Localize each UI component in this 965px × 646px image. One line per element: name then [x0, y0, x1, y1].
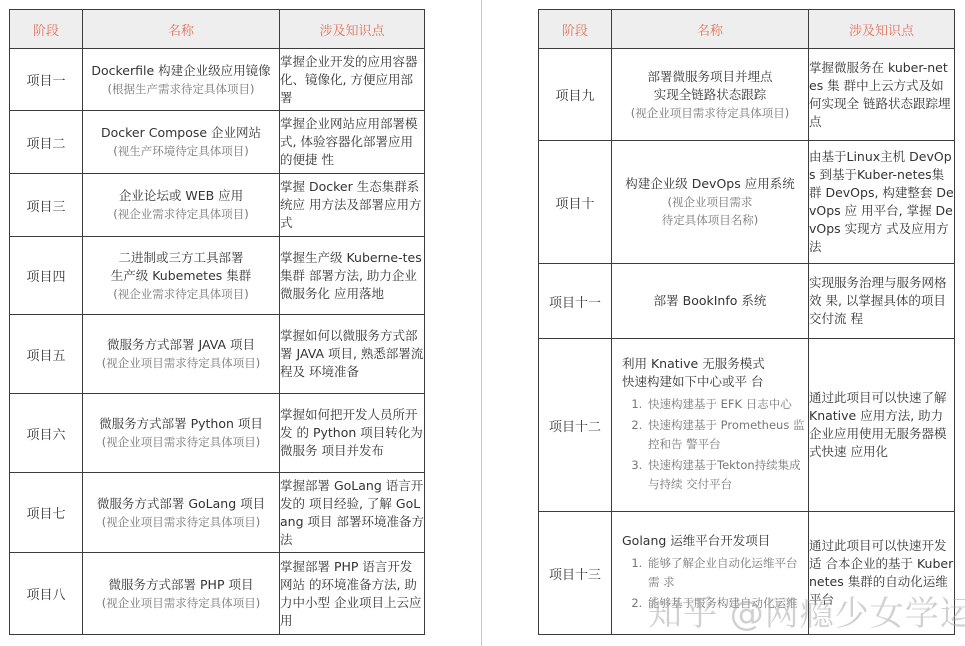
header-name: 名称: [83, 10, 280, 49]
stage-cell: 项目八: [10, 553, 83, 635]
table-row: 项目三 企业论坛或 WEB 应用 (视企业需求待定具体项目) 掌握 Docker…: [10, 174, 425, 237]
table-row: 项目十一 部署 BookInfo 系统 实现服务治理与服务网格效 果, 以掌握具…: [539, 264, 955, 339]
name-cell: Golang 运维平台开发项目 能够了解企业自动化运维平台需 求 能够基于服务构…: [612, 512, 809, 635]
table-row: 项目六 微服务方式部署 Python 项目 (视企业项目需求待定具体项目) 掌握…: [10, 394, 425, 473]
stage-cell: 项目二: [10, 111, 83, 174]
table-row: 项目七 微服务方式部署 GoLang 项目 (视企业项目需求待定具体项目) 掌握…: [10, 473, 425, 553]
project-note: (视企业项目需求待定具体项目): [83, 354, 279, 372]
knowledge-cell: 掌握生产级 Kuberne-tes 集群 部署方法, 助力企业微服务化 应用落地: [280, 237, 425, 315]
stage-cell: 项目七: [10, 473, 83, 553]
name-cell: 微服务方式部署 PHP 项目 (视企业项目需求待定具体项目): [83, 553, 280, 635]
name-cell: Dockerfile 构建企业级应用镜像 (根据生产需求待定具体项目): [83, 49, 280, 111]
deliverable-list: 能够了解企业自动化运维平台需 求 能够基于服务构建自动化运维: [622, 554, 808, 613]
project-note-line2: 待定具体项目名称): [612, 211, 808, 229]
list-item: 能够基于服务构建自动化运维: [646, 594, 808, 613]
table-row: 项目一 Dockerfile 构建企业级应用镜像 (根据生产需求待定具体项目) …: [10, 49, 425, 111]
page-divider: [481, 0, 482, 646]
project-name: 企业论坛或 WEB 应用: [83, 187, 279, 205]
project-name: 部署 BookInfo 系统: [612, 292, 808, 310]
stage-cell: 项目十三: [539, 512, 612, 635]
knowledge-cell: 掌握如何把开发人员所开发 的 Python 项目转化为微服务 项目并发布: [280, 394, 425, 473]
knowledge-cell: 掌握企业开发的应用容器化、镜像化, 方便应用部署: [280, 49, 425, 111]
project-table-right: 阶段 名称 涉及知识点 项目九 部署微服务项目并埋点 实现全链路状态跟踪 (视企…: [538, 9, 955, 635]
name-cell: Docker Compose 企业网站 (视生产环境待定具体项目): [83, 111, 280, 174]
project-note: (视企业项目需求: [612, 193, 808, 211]
stage-cell: 项目一: [10, 49, 83, 111]
stage-cell: 项目九: [539, 49, 612, 141]
knowledge-cell: 通过此项目可以快速开发适 合本企业的基于 Kubernetes 集群的自动化运维…: [809, 512, 955, 635]
project-name: 利用 Knative 无服务模式: [622, 355, 808, 373]
name-cell: 二进制或三方工具部署 生产级 Kubemetes 集群 (视企业需求待定具体项目…: [83, 237, 280, 315]
stage-cell: 项目十二: [539, 339, 612, 512]
name-cell: 微服务方式部署 GoLang 项目 (视企业项目需求待定具体项目): [83, 473, 280, 553]
name-cell: 部署微服务项目并埋点 实现全链路状态跟踪 (视企业项目需求待定具体项目): [612, 49, 809, 141]
stage-cell: 项目十: [539, 141, 612, 264]
list-item: 快速构建基于Tekton持续集成与持续 交付平台: [646, 456, 808, 494]
header-name: 名称: [612, 10, 809, 49]
table-row: 项目十 构建企业级 DevOps 应用系统 (视企业项目需求 待定具体项目名称)…: [539, 141, 955, 264]
project-name: 部署微服务项目并埋点: [612, 68, 808, 86]
project-name: 构建企业级 DevOps 应用系统: [612, 175, 808, 193]
table-row: 项目十二 利用 Knative 无服务模式 快速构建如下中心或平 台 快速构建基…: [539, 339, 955, 512]
table-row: 项目十三 Golang 运维平台开发项目 能够了解企业自动化运维平台需 求 能够…: [539, 512, 955, 635]
project-table-left: 阶段 名称 涉及知识点 项目一 Dockerfile 构建企业级应用镜像 (根据…: [9, 9, 425, 635]
table-row: 项目九 部署微服务项目并埋点 实现全链路状态跟踪 (视企业项目需求待定具体项目)…: [539, 49, 955, 141]
header-stage: 阶段: [539, 10, 612, 49]
table-header-row: 阶段 名称 涉及知识点: [10, 10, 425, 49]
project-note: (视企业需求待定具体项目): [83, 205, 279, 223]
header-knowledge: 涉及知识点: [809, 10, 955, 49]
stage-cell: 项目十一: [539, 264, 612, 339]
knowledge-cell: 掌握微服务在 kuber-netes 集 群中上云方式及如何实现全 链路状态跟踪…: [809, 49, 955, 141]
project-name-line2: 生产级 Kubemetes 集群: [83, 267, 279, 285]
table-row: 项目二 Docker Compose 企业网站 (视生产环境待定具体项目) 掌握…: [10, 111, 425, 174]
project-name: Golang 运维平台开发项目: [622, 532, 808, 550]
list-item: 快速构建基于 EFK 日志中心: [646, 395, 808, 414]
table-header-row: 阶段 名称 涉及知识点: [539, 10, 955, 49]
list-item: 能够了解企业自动化运维平台需 求: [646, 554, 808, 592]
project-name: 二进制或三方工具部署: [83, 249, 279, 267]
stage-cell: 项目五: [10, 315, 83, 394]
table-row: 项目四 二进制或三方工具部署 生产级 Kubemetes 集群 (视企业需求待定…: [10, 237, 425, 315]
project-note: (视企业需求待定具体项目): [83, 285, 279, 303]
header-stage: 阶段: [10, 10, 83, 49]
name-cell: 部署 BookInfo 系统: [612, 264, 809, 339]
project-name-line2: 实现全链路状态跟踪: [612, 86, 808, 104]
knowledge-cell: 掌握部署 PHP 语言开发网站 的环境准备方法, 助力中小型 企业项目上云应用: [280, 553, 425, 635]
name-cell: 利用 Knative 无服务模式 快速构建如下中心或平 台 快速构建基于 EFK…: [612, 339, 809, 512]
deliverable-list: 快速构建基于 EFK 日志中心 快速构建基于 Prometheus 监控和告 警…: [622, 395, 808, 494]
project-name: Dockerfile 构建企业级应用镜像: [83, 62, 279, 80]
table-row: 项目五 微服务方式部署 JAVA 项目 (视企业项目需求待定具体项目) 掌握如何…: [10, 315, 425, 394]
name-cell: 企业论坛或 WEB 应用 (视企业需求待定具体项目): [83, 174, 280, 237]
project-name: 微服务方式部署 GoLang 项目: [83, 495, 279, 513]
list-item: 快速构建基于 Prometheus 监控和告 警平台: [646, 416, 808, 454]
table-row: 项目八 微服务方式部署 PHP 项目 (视企业项目需求待定具体项目) 掌握部署 …: [10, 553, 425, 635]
knowledge-cell: 掌握如何以微服务方式部署 JAVA 项目, 熟悉部署流程及 环境准备: [280, 315, 425, 394]
knowledge-cell: 掌握 Docker 生态集群系统应 用方法及部署应用方式: [280, 174, 425, 237]
name-cell: 构建企业级 DevOps 应用系统 (视企业项目需求 待定具体项目名称): [612, 141, 809, 264]
stage-cell: 项目三: [10, 174, 83, 237]
stage-cell: 项目六: [10, 394, 83, 473]
project-note: (视企业项目需求待定具体项目): [83, 513, 279, 531]
project-note: (根据生产需求待定具体项目): [83, 80, 279, 98]
knowledge-cell: 由基于Linux主机 DevOps 到基于Kuber-netes集群 DevOp…: [809, 141, 955, 264]
knowledge-cell: 实现服务治理与服务网格效 果, 以掌握具体的项目交付流 程: [809, 264, 955, 339]
project-name: Docker Compose 企业网站: [83, 124, 279, 142]
stage-cell: 项目四: [10, 237, 83, 315]
project-name: 微服务方式部署 Python 项目: [83, 415, 279, 433]
knowledge-cell: 通过此项目可以快速了解 Knative 应用方法, 助力企业应用使用无服务器模式…: [809, 339, 955, 512]
project-name: 微服务方式部署 JAVA 项目: [83, 336, 279, 354]
name-cell: 微服务方式部署 JAVA 项目 (视企业项目需求待定具体项目): [83, 315, 280, 394]
project-note: (视生产环境待定具体项目): [83, 142, 279, 160]
project-note: (视企业项目需求待定具体项目): [612, 104, 808, 122]
project-note: (视企业项目需求待定具体项目): [83, 433, 279, 451]
knowledge-cell: 掌握企业网站应用部署模式, 体验容器化部署应用的便捷 性: [280, 111, 425, 174]
project-name: 微服务方式部署 PHP 项目: [83, 576, 279, 594]
project-name-line2: 快速构建如下中心或平 台: [622, 373, 808, 391]
name-cell: 微服务方式部署 Python 项目 (视企业项目需求待定具体项目): [83, 394, 280, 473]
header-knowledge: 涉及知识点: [280, 10, 425, 49]
project-note: (视企业项目需求待定具体项目): [83, 594, 279, 612]
knowledge-cell: 掌握部署 GoLang 语言开发的 项目经验, 了解 GoLang 项目 部署环…: [280, 473, 425, 553]
